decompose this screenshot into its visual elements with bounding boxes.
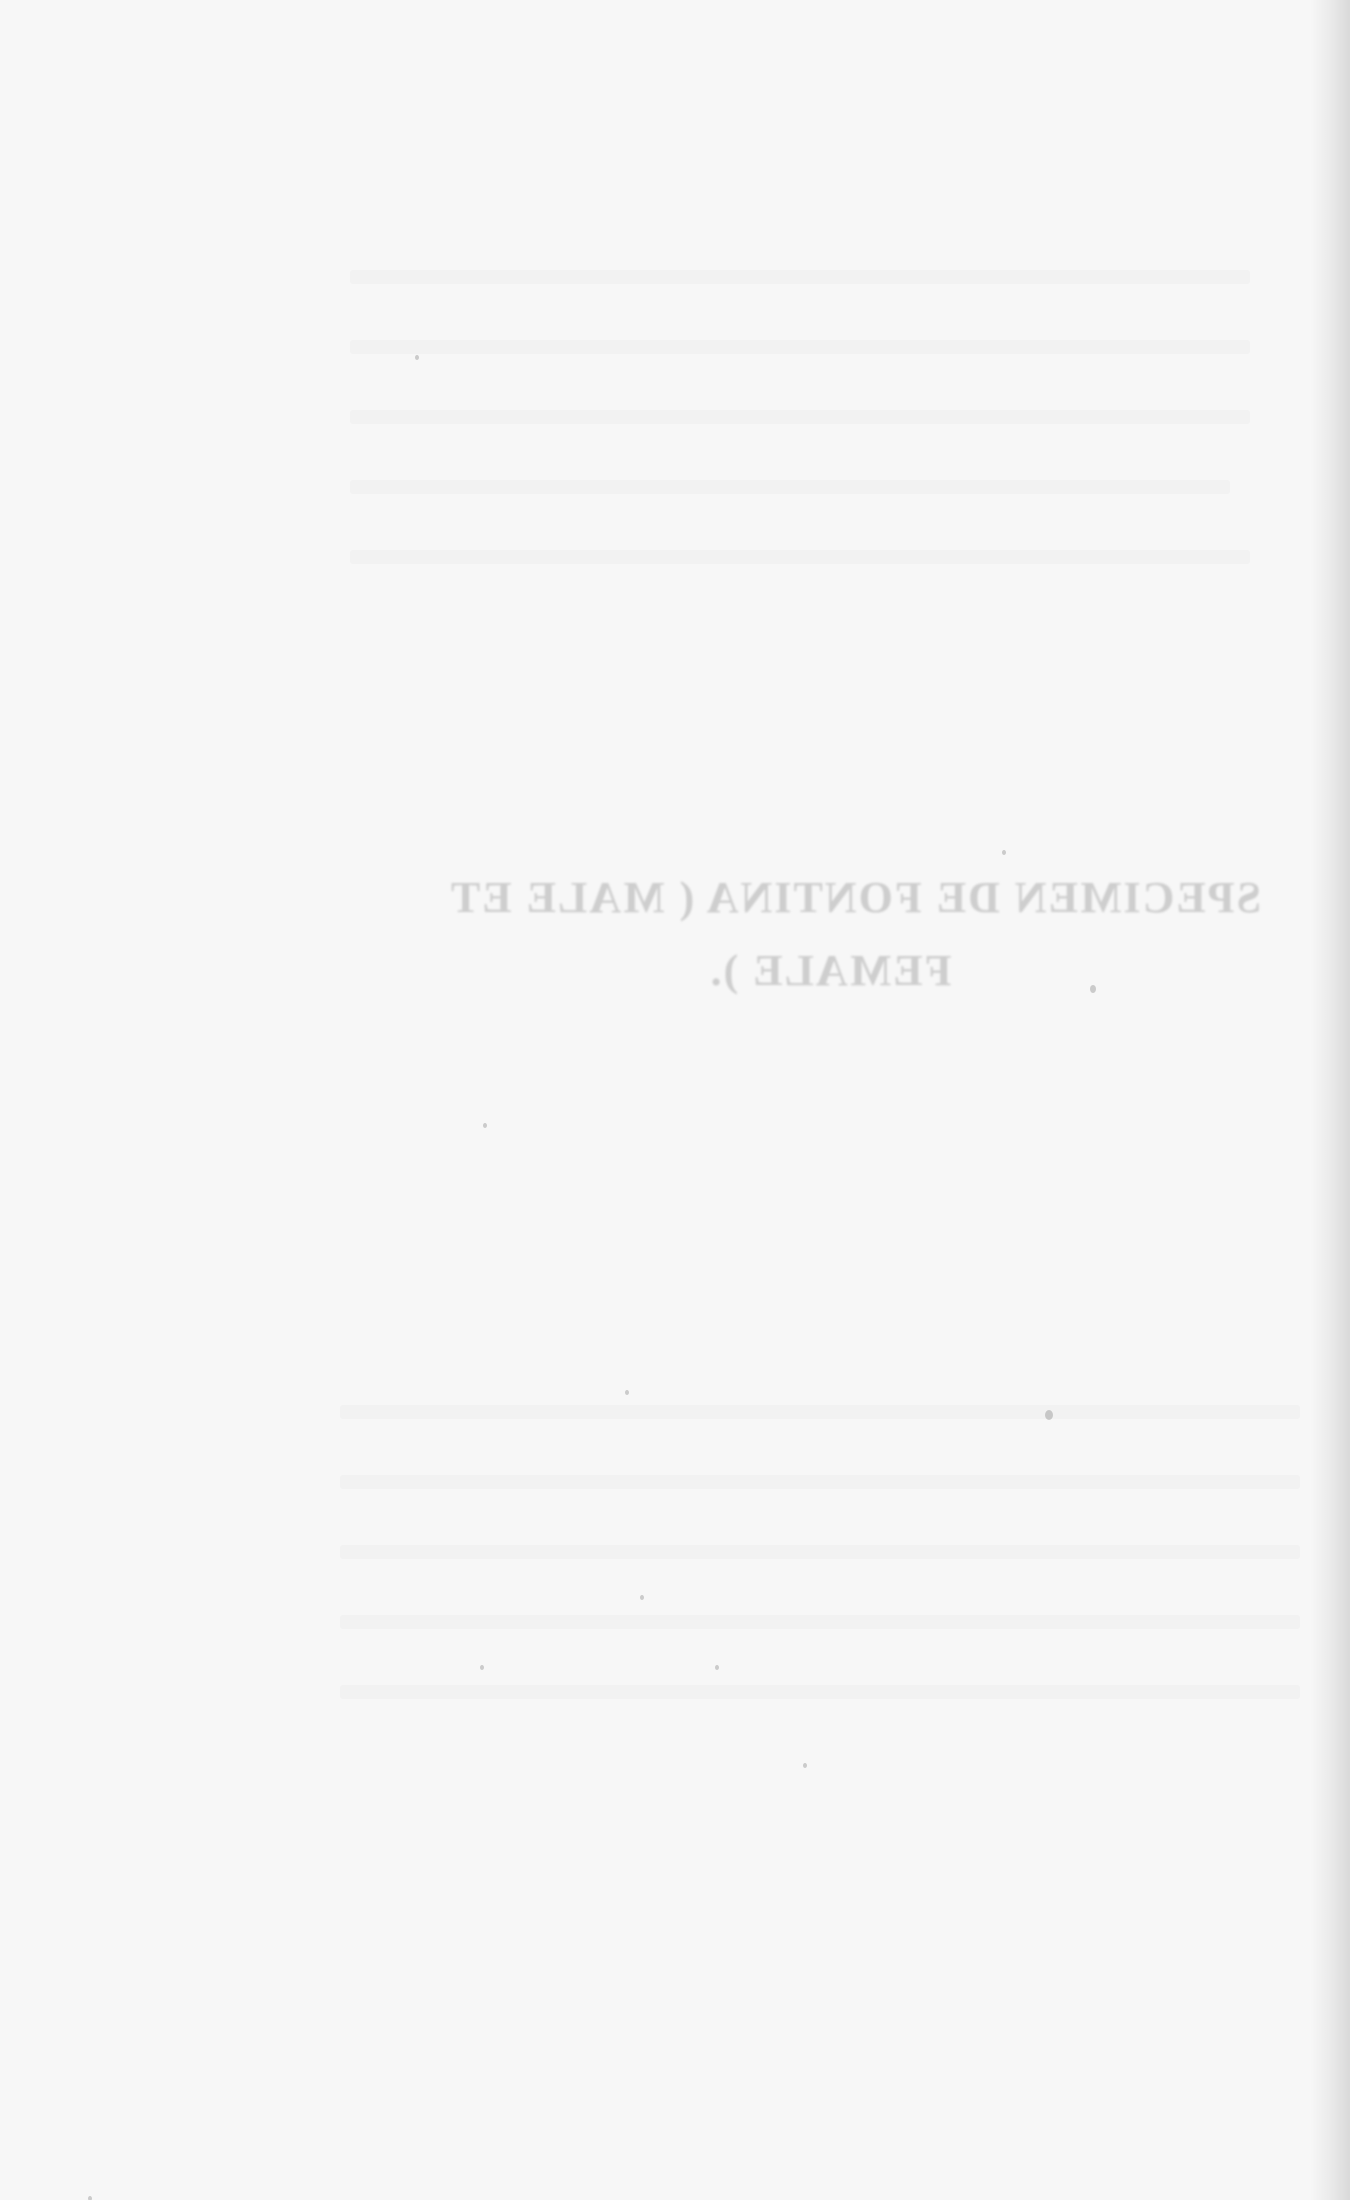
bleed-text-line [340,1405,1300,1419]
bleed-text-line [350,340,1250,354]
paper-speck [625,1390,629,1395]
bleed-text-line [340,1615,1300,1629]
paper-speck [483,1123,487,1128]
paper-speck [88,2196,92,2200]
bleed-text-line [340,1545,1300,1559]
paper-speck [715,1665,719,1670]
paper-speck [803,1763,807,1768]
paper-speck [1090,985,1096,993]
bleed-text-line [350,410,1250,424]
paper-speck [640,1595,644,1600]
bleed-text-line [340,1685,1300,1699]
paper-speck [1002,850,1006,855]
bleed-heading-line-2: FEMALE ). [0,945,1350,996]
bleed-text-line [350,270,1250,284]
paper-speck [415,355,419,360]
bleed-heading-line-1: SPECIMEN DE FONTINA ( MALE ET [0,872,1350,923]
scanned-page: SPECIMEN DE FONTINA ( MALE ET FEMALE ). [0,0,1350,2200]
bleed-text-line [350,480,1230,494]
bleed-text-line [340,1475,1300,1489]
paper-speck [1045,1410,1053,1420]
bleed-text-line [350,550,1250,564]
paper-speck [480,1665,484,1670]
